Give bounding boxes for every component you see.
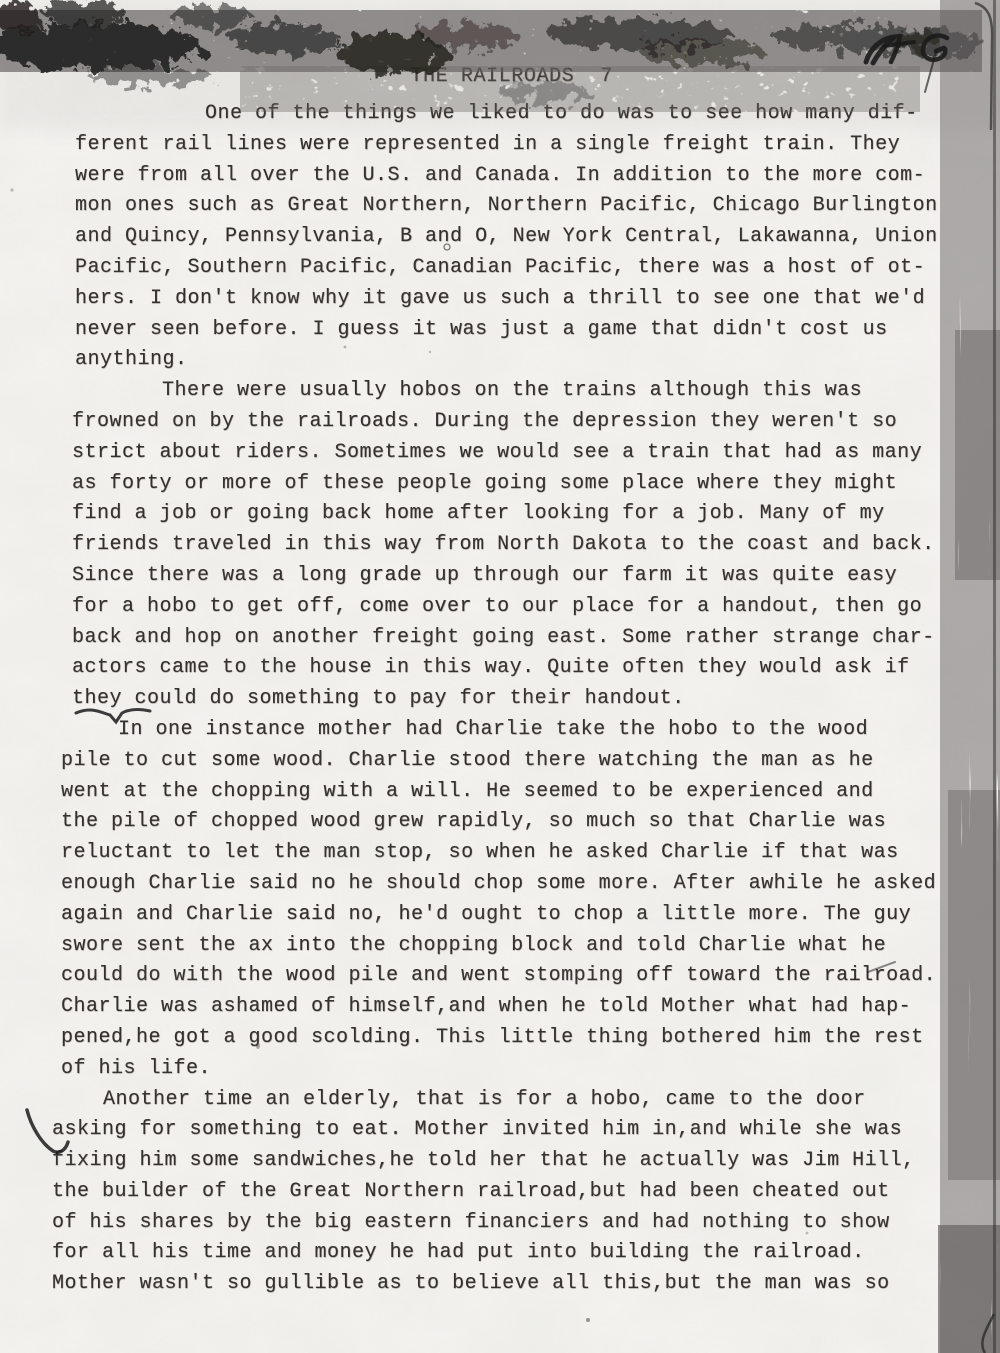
text-line: of his shares by the big eastern financi… [52, 1208, 938, 1239]
text-line: asking for something to eat. Mother invi… [52, 1115, 938, 1146]
text-line: actors came to the house in this way. Qu… [72, 653, 938, 684]
text-line: never seen before. I guess it was just a… [75, 315, 938, 346]
paragraph: One of the things we liked to do was to … [75, 99, 938, 376]
text-line: mon ones such as Great Northern, Norther… [75, 191, 938, 222]
text-line: as forty or more of these people going s… [72, 469, 938, 500]
page-edge-noise [938, 0, 1000, 1353]
text-line: Mother wasn't so gullible as to believe … [52, 1269, 938, 1300]
text-line: they could do something to pay for their… [72, 684, 938, 715]
body-text: One of the things we liked to do was to … [75, 99, 938, 1300]
text-line: pened,he got a good scolding. This littl… [61, 1023, 938, 1054]
text-line: strict about riders. Sometimes we would … [72, 438, 938, 469]
text-line: frowned on by the railroads. During the … [72, 407, 938, 438]
text-line: There were usually hobos on the trains a… [72, 376, 938, 407]
paragraph: In one instance mother had Charlie take … [61, 715, 938, 1085]
text-line: swore sent the ax into the chopping bloc… [61, 931, 938, 962]
text-line: Another time an elderly, that is for a h… [52, 1085, 938, 1116]
text-line: were from all over the U.S. and Canada. … [75, 161, 938, 192]
page-edge-line [993, 0, 996, 1353]
text-line: In one instance mother had Charlie take … [61, 715, 938, 746]
page-number: 7 [600, 65, 613, 88]
paragraph: There were usually hobos on the trains a… [72, 376, 938, 715]
page-title: THE RAILROADS [410, 65, 574, 88]
text-line: One of the things we liked to do was to … [75, 99, 938, 130]
text-line: Since there was a long grade up through … [72, 561, 938, 592]
text-line: for a hobo to get off, come over to our … [72, 592, 938, 623]
text-line: hers. I don't know why it gave us such a… [75, 284, 938, 315]
text-line: went at the chopping with a will. He see… [61, 777, 938, 808]
text-line: could do with the wood pile and went sto… [61, 961, 938, 992]
text-line: back and hop on another freight going ea… [72, 623, 938, 654]
text-line: for all his time and money he had put in… [52, 1238, 938, 1269]
text-line: friends traveled in this way from North … [72, 530, 938, 561]
text-line: find a job or going back home after look… [72, 499, 938, 530]
text-line: pile to cut some wood. Charlie stood the… [61, 746, 938, 777]
text-line: of his life. [61, 1054, 938, 1085]
page-corner-curve-bottom [982, 1314, 994, 1353]
text-line: the builder of the Great Northern railro… [52, 1177, 938, 1208]
text-line: anything. [75, 345, 938, 376]
text-line: ferent rail lines were represented in a … [75, 130, 938, 161]
text-line: and Quincy, Pennsylvania, B and O, New Y… [75, 222, 938, 253]
text-line: fixing him some sandwiches,he told her t… [52, 1146, 938, 1177]
text-line: again and Charlie said no, he'd ought to… [61, 900, 938, 931]
scanned-page: THE RAILROADS7 One of the things we like… [0, 0, 1000, 1353]
text-line: reluctant to let the man stop, so when h… [61, 838, 938, 869]
text-line: Charlie was ashamed of himself,and when … [61, 992, 938, 1023]
text-line: the pile of chopped wood grew rapidly, s… [61, 807, 938, 838]
paragraph: Another time an elderly, that is for a h… [52, 1085, 938, 1301]
text-line: Pacific, Southern Pacific, Canadian Paci… [75, 253, 938, 284]
text-line: enough Charlie said no he should chop so… [61, 869, 938, 900]
